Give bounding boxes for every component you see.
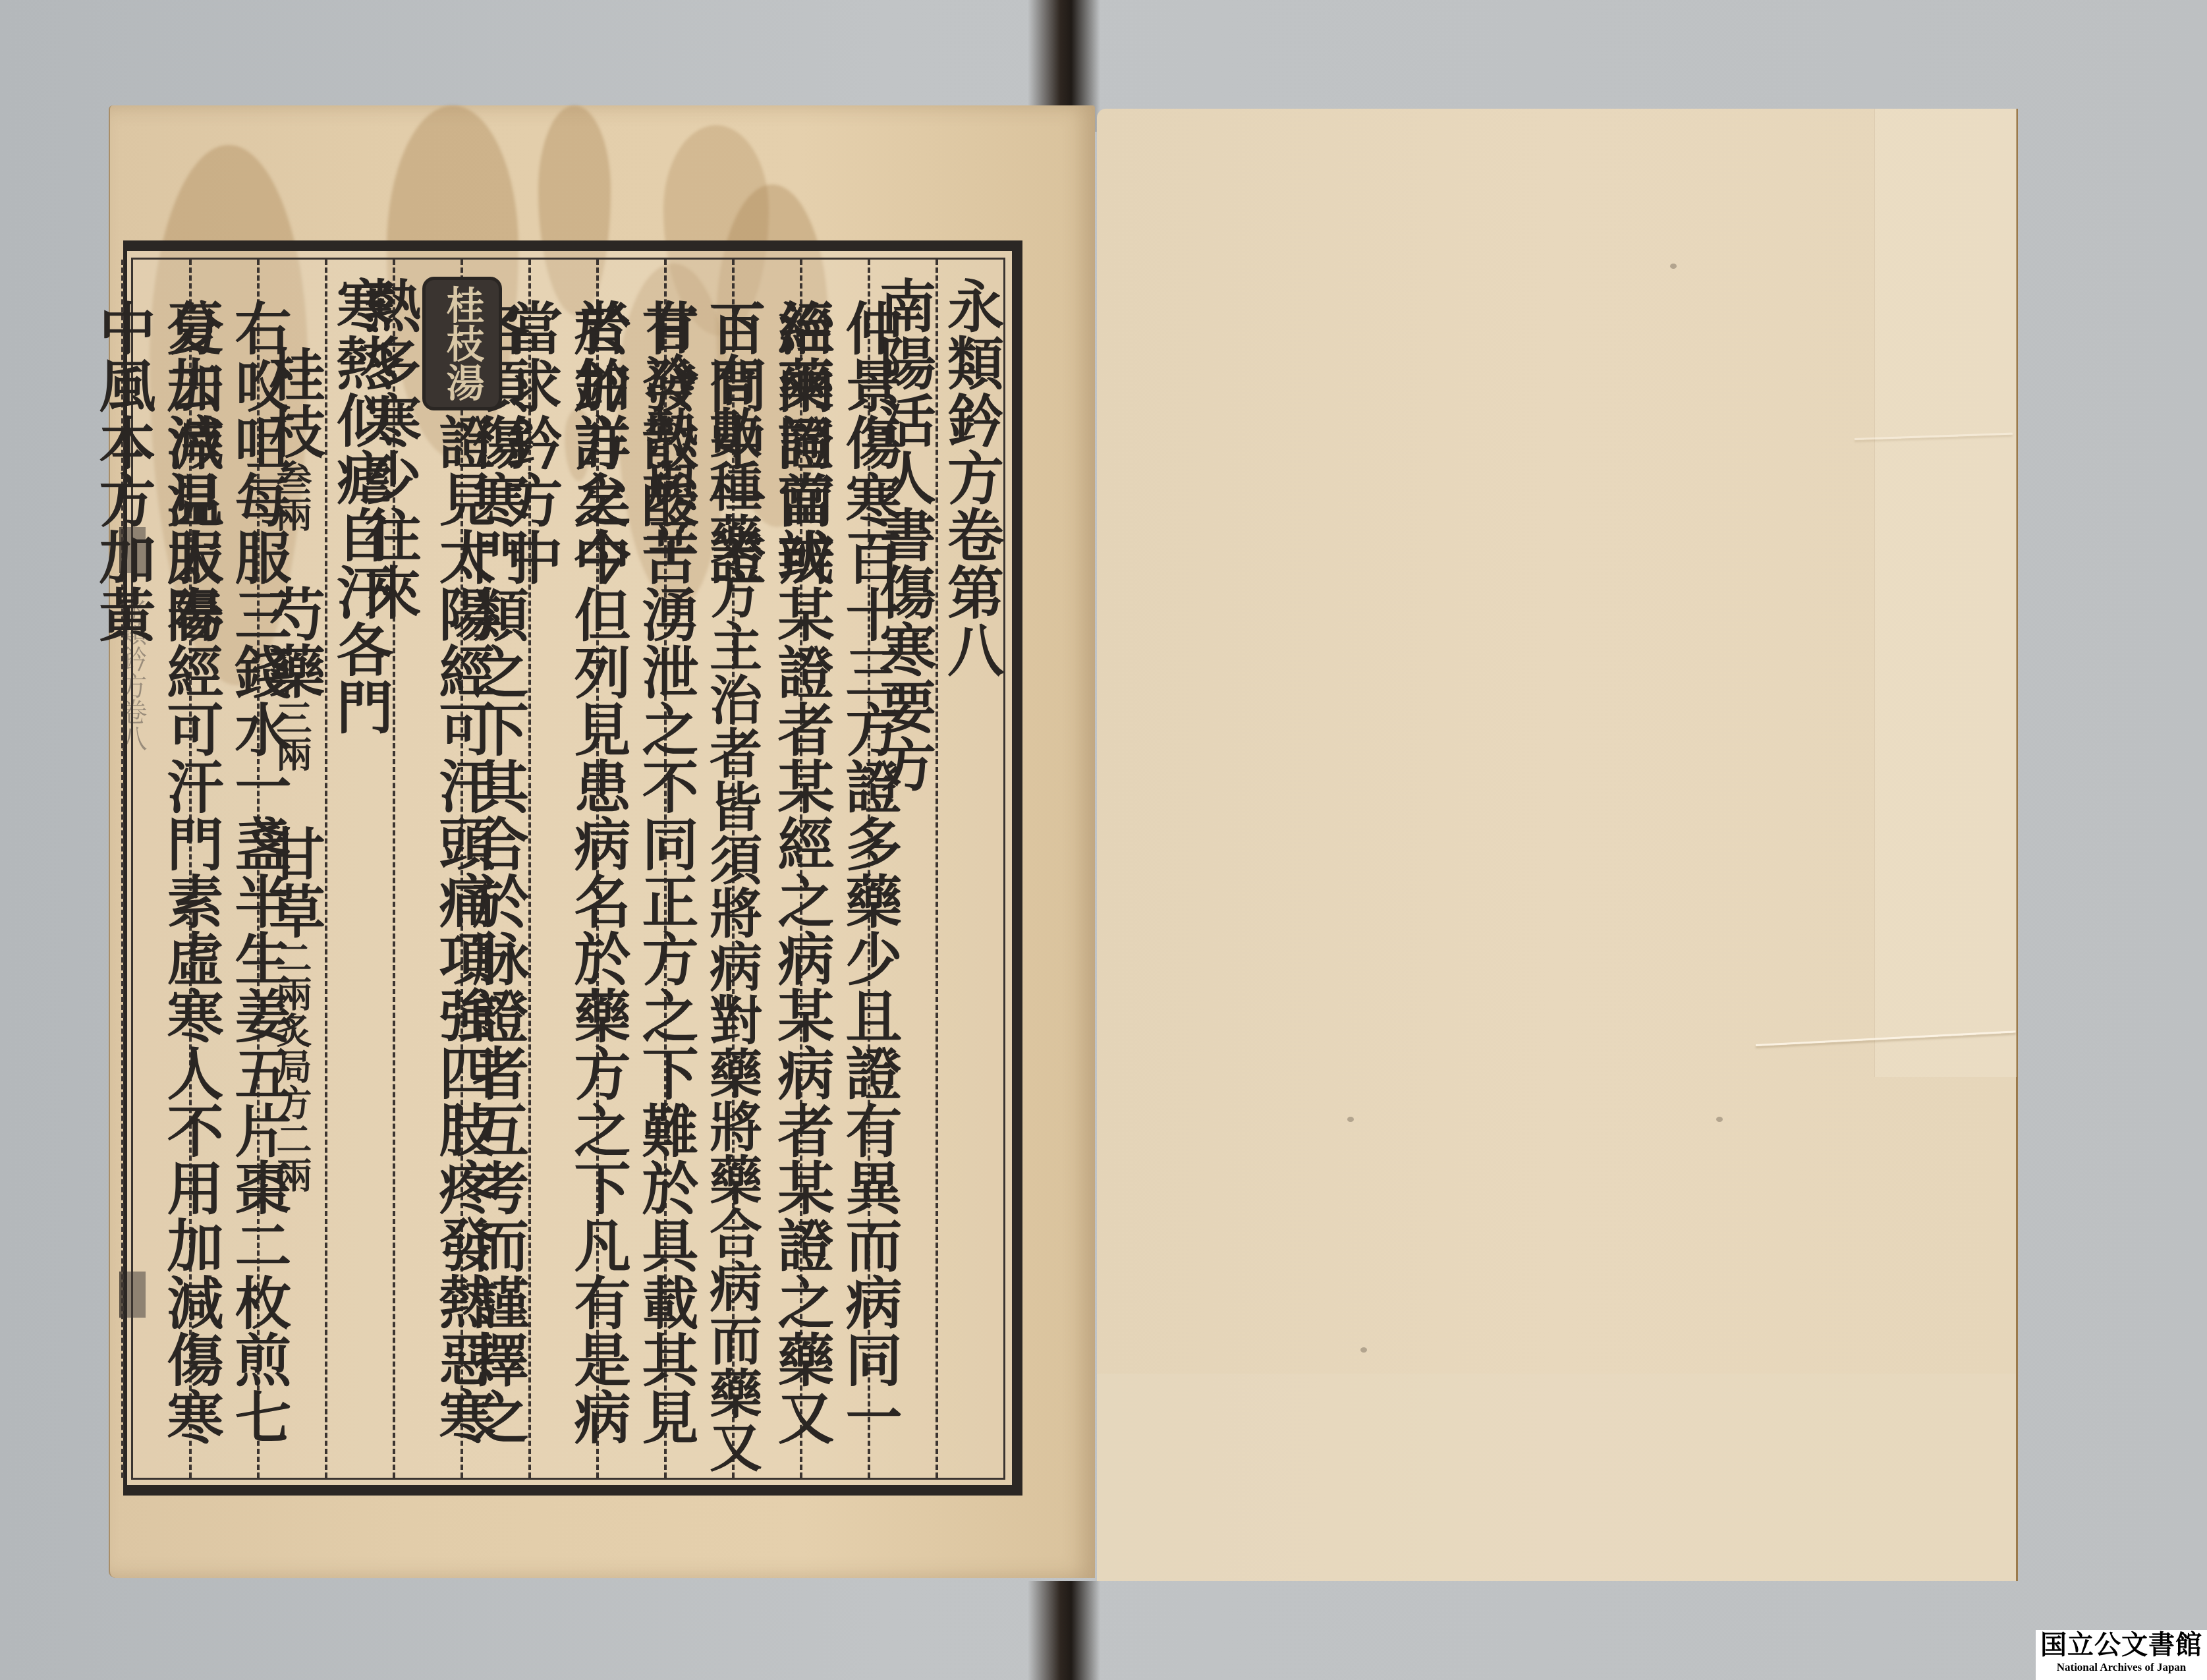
- printed-border-frame: 永類鈐方卷第八 南陽活人書傷寒要方 仲景傷寒百十三方證多藥少且證有異而病同一經藥…: [123, 240, 1022, 1496]
- instructions-text: 夏加減見太陽經可汗門素虛寒人不用加減傷寒中風本方加黃: [89, 260, 225, 1478]
- left-page: 永類鈐方卷八 永類鈐方卷第八 南陽活人書傷寒要方 仲景傷寒百十三方證多藥少且證有…: [109, 105, 1095, 1578]
- paper-speck: [1716, 1117, 1723, 1122]
- watermark-english: National Archives of Japan: [2036, 1660, 2207, 1675]
- text-columns: 永類鈐方卷第八 南陽活人書傷寒要方 仲景傷寒百十三方證多藥少且證有異而病同一經藥…: [133, 260, 1003, 1478]
- column-prescription-continuation: 寒熱似瘧自汗各門: [325, 260, 393, 1478]
- column-body-5: 者加詳矣今但列見患病名於藥方之下凡有是病當求鈐方中: [528, 260, 596, 1478]
- paper-speck: [1670, 264, 1677, 269]
- prescription-name-label: 桂枝湯: [422, 277, 502, 410]
- paper-speck: [1347, 1117, 1354, 1122]
- archive-watermark: 国立公文書館 National Archives of Japan: [2036, 1630, 2207, 1680]
- tissue-overlay-bottom: [1097, 1374, 2016, 1581]
- column-prescription-heading: 桂枝湯證見太陽經可汗頭痛項強四肢疼發熱惡寒熱多寒少往來: [393, 260, 461, 1478]
- prescription-continuation: 寒熱似瘧自汗各門: [326, 260, 394, 1478]
- inner-border: 永類鈐方卷第八 南陽活人書傷寒要方 仲景傷寒百十三方證多藥少且證有異而病同一經藥…: [131, 258, 1005, 1480]
- volume-title: 永類鈐方卷第八: [937, 260, 1005, 1478]
- binding-shadow-bottom: [1028, 1581, 1100, 1680]
- tissue-overlay-edge: [1874, 109, 2017, 1077]
- column-instructions-2: 夏加減見太陽經可汗門素虛寒人不用加減傷寒中風本方加黃: [121, 260, 189, 1478]
- watermark-japanese: 国立公文書館: [2036, 1630, 2207, 1660]
- paper-speck: [1360, 1347, 1367, 1353]
- right-page-blank: [1097, 109, 2018, 1581]
- column-volume-title: 永類鈐方卷第八: [936, 260, 1003, 1478]
